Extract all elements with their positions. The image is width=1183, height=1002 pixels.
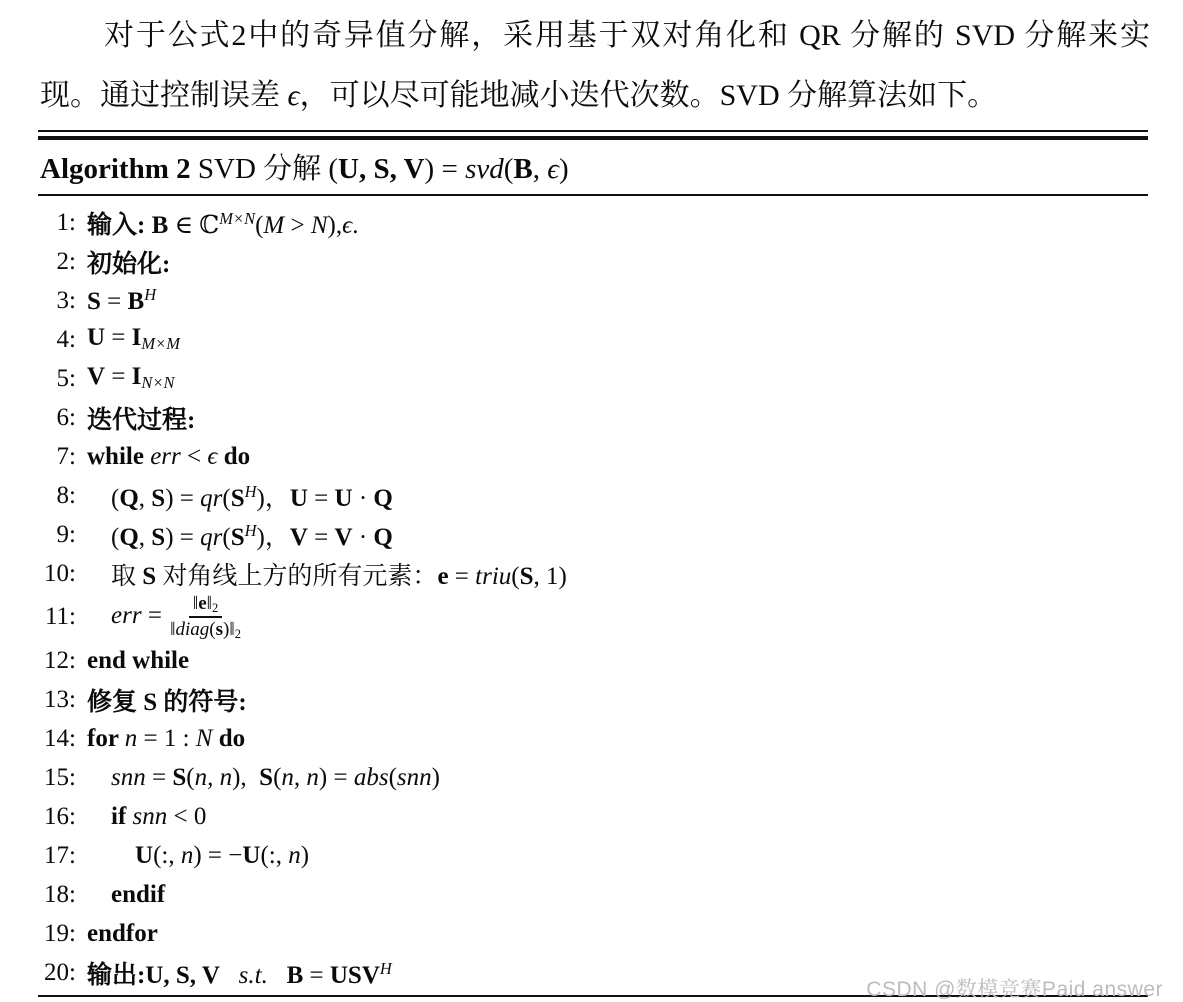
text-segment: ) =	[319, 764, 354, 791]
text-segment: ),	[232, 764, 259, 791]
text-segment: end while	[87, 647, 189, 674]
algorithm-line-13: 13:修复 S 的符号:	[38, 680, 1148, 719]
text-segment: =	[146, 764, 173, 791]
line-content: 初始化:	[87, 244, 170, 280]
line-content: U = IM×M	[87, 324, 180, 354]
text-segment: V	[335, 524, 353, 551]
text-segment: s	[216, 619, 223, 640]
algorithm-line-4: 4:U = IM×M	[38, 320, 1148, 359]
text-segment: if	[111, 803, 133, 830]
line-content: 修复 S 的符号:	[87, 682, 247, 718]
text-segment: n	[181, 842, 194, 869]
text-segment: endfor	[87, 920, 158, 947]
text-segment: triu	[475, 563, 511, 590]
line-content: 迭代过程:	[87, 400, 195, 436]
line-content: (Q, S) = qr(SH)，U = U · Q	[87, 478, 393, 514]
text-segment: ϵ	[288, 79, 300, 112]
line-number: 4:	[38, 326, 76, 354]
text-segment: while	[87, 443, 150, 470]
text-segment: S	[87, 288, 101, 315]
line-number: 19:	[38, 920, 76, 948]
text-segment: n, n	[281, 764, 319, 791]
line-number: 5:	[38, 365, 76, 393]
algorithm-line-17: 17:U(:, n) = −U(:, n)	[38, 836, 1148, 875]
text-segment: 2	[212, 601, 218, 615]
text-segment: ，可以尽可能地减小迭代次数。SVD 分解算法如下。	[300, 79, 998, 112]
text-segment: err	[111, 602, 142, 629]
line-content: S = BH	[87, 285, 156, 316]
text-segment: S	[231, 524, 245, 551]
text-segment: do	[224, 443, 250, 470]
text-segment: ) =	[425, 153, 466, 185]
text-segment: ) =	[165, 524, 200, 551]
watermark-text: CSDN @数模竞赛Paid answer	[866, 973, 1163, 1002]
text-segment: M	[263, 212, 284, 239]
text-segment: H	[245, 520, 257, 539]
text-segment	[220, 962, 239, 989]
text-segment: H	[380, 958, 392, 977]
line-content: (Q, S) = qr(SH)，V = V · Q	[87, 517, 393, 553]
text-segment: =	[308, 485, 335, 512]
line-number: 17:	[38, 842, 76, 870]
text-segment: = 1 :	[137, 725, 196, 752]
algorithm-line-1: 1:输入: B ∈ ℂM×N(M > N),ϵ.	[38, 203, 1148, 242]
line-number: 14:	[38, 725, 76, 753]
text-segment: qr	[200, 485, 222, 512]
algorithm-block: Algorithm 2 SVD 分解 (U, S, V) = svd(B, ϵ)…	[38, 130, 1148, 997]
line-number: 18:	[38, 881, 76, 909]
line-content: for n = 1 : N do	[87, 725, 245, 753]
algorithm-line-7: 7:while err < ϵ do	[38, 437, 1148, 476]
text-segment: snn	[397, 764, 432, 791]
algorithm-line-14: 14:for n = 1 : N do	[38, 719, 1148, 758]
text-segment: ·	[353, 485, 374, 512]
algorithm-title: Algorithm 2 SVD 分解 (U, S, V) = svd(B, ϵ)	[38, 140, 1148, 194]
text-segment: e	[437, 563, 448, 590]
algorithm-line-18: 18:endif	[38, 875, 1148, 914]
line-content: V = IN×N	[87, 363, 175, 393]
line-number: 3:	[38, 287, 76, 315]
algorithm-line-8: 8:(Q, S) = qr(SH)，U = U · Q	[38, 476, 1148, 515]
text-segment: 修复 S 的符号:	[87, 689, 247, 716]
text-segment: ,	[139, 524, 152, 551]
text-segment: U	[335, 485, 353, 512]
line-content: err = ‖e‖2‖diag(s)‖2	[87, 593, 243, 641]
text-segment: .	[352, 212, 358, 239]
algorithm-line-15: 15:snn = S(n, n), S(n, n) = abs(snn)	[38, 758, 1148, 797]
text-segment: )	[559, 153, 569, 185]
text-segment: , 1)	[534, 563, 567, 590]
text-segment: ℂ	[199, 212, 219, 239]
algorithm-line-11: 11:err = ‖e‖2‖diag(s)‖2	[38, 593, 1148, 641]
text-segment: abs	[354, 764, 389, 791]
text-segment: )，	[257, 485, 290, 512]
text-segment: N	[196, 725, 213, 752]
line-number: 15:	[38, 764, 76, 792]
line-number: 6:	[38, 404, 76, 432]
text-segment: )	[432, 764, 440, 791]
text-segment: (:,	[153, 842, 181, 869]
text-segment: svd	[465, 153, 504, 185]
text-segment: snn	[111, 764, 146, 791]
text-segment: diag	[176, 619, 210, 640]
text-segment: e	[198, 593, 206, 614]
text-segment: Algorithm 2	[40, 153, 191, 185]
text-segment: B	[513, 153, 532, 185]
algorithm-line-12: 12:end while	[38, 641, 1148, 680]
text-segment: V	[87, 363, 105, 390]
document-page: 对于公式2中的奇异值分解，采用基于双对角化和 QR 分解的 SVD 分解来实现。…	[0, 6, 1183, 1002]
text-segment: =	[142, 602, 169, 629]
text-segment: ∈	[168, 212, 199, 239]
text-segment: S	[172, 764, 186, 791]
text-segment: (	[511, 563, 519, 590]
text-segment: M×M	[141, 335, 180, 354]
text-segment: endif	[111, 881, 165, 908]
text-segment: =	[449, 563, 476, 590]
text-segment: SVD 分解 (	[191, 153, 338, 185]
text-segment: U	[290, 485, 308, 512]
text-segment: <	[181, 443, 208, 470]
text-segment: ϵ	[547, 153, 559, 185]
text-segment: 2	[235, 627, 241, 641]
text-segment: < 0	[167, 803, 206, 830]
text-segment: 迭代过程:	[87, 407, 195, 434]
text-segment: 取	[111, 563, 142, 590]
text-segment: Q	[373, 524, 392, 551]
line-content: endfor	[87, 920, 158, 948]
text-segment: for	[87, 725, 125, 752]
text-segment: qr	[200, 524, 222, 551]
text-segment: (	[389, 764, 397, 791]
text-segment: S	[231, 485, 245, 512]
line-content: while err < ϵ do	[87, 443, 250, 471]
text-segment: (	[222, 524, 230, 551]
fraction-numerator: ‖e‖2	[189, 593, 222, 618]
text-segment: =	[105, 363, 132, 390]
text-segment: n	[288, 842, 301, 869]
algorithm-line-6: 6:迭代过程:	[38, 398, 1148, 437]
text-segment: Q	[373, 485, 392, 512]
text-segment: N	[311, 212, 328, 239]
text-segment: H	[245, 481, 257, 500]
text-segment: S	[259, 764, 273, 791]
text-segment: V	[290, 524, 308, 551]
text-segment: U, S, V	[338, 153, 425, 185]
text-segment: s.t.	[239, 962, 268, 989]
text-segment: B	[287, 962, 304, 989]
text-segment: I	[132, 324, 142, 351]
line-number: 10:	[38, 560, 76, 588]
line-number: 8:	[38, 482, 76, 510]
algorithm-line-3: 3:S = BH	[38, 281, 1148, 320]
text-segment: ,	[139, 485, 152, 512]
text-segment: ϵ	[207, 443, 217, 470]
fraction: ‖e‖2‖diag(s)‖2	[170, 593, 241, 641]
text-segment: ·	[353, 524, 374, 551]
text-segment: U	[242, 842, 260, 869]
text-segment: H	[144, 285, 156, 304]
line-number: 9:	[38, 521, 76, 549]
text-segment	[268, 962, 287, 989]
text-segment: 输入:	[87, 212, 152, 239]
text-segment: S	[520, 563, 534, 590]
text-segment: U, S, V	[145, 962, 220, 989]
text-segment: ),	[328, 212, 343, 239]
text-segment: M×N	[219, 208, 255, 227]
line-number: 7:	[38, 443, 76, 471]
text-segment: err	[150, 443, 181, 470]
text-segment: ) = −	[193, 842, 242, 869]
text-segment: =	[105, 324, 132, 351]
text-segment: =	[303, 962, 330, 989]
line-content: snn = S(n, n), S(n, n) = abs(snn)	[87, 764, 440, 792]
text-segment: n	[125, 725, 138, 752]
text-segment: ) =	[165, 485, 200, 512]
text-segment: snn	[133, 803, 168, 830]
text-segment: N×N	[141, 374, 174, 393]
text-segment: U	[87, 324, 105, 351]
text-segment: 初始化:	[87, 251, 170, 278]
text-segment: Q	[119, 524, 138, 551]
line-content: U(:, n) = −U(:, n)	[87, 842, 309, 870]
line-content: 取 S 对角线上方的所有元素：e = triu(S, 1)	[87, 556, 567, 592]
algorithm-top-rule	[38, 130, 1148, 140]
algorithm-line-19: 19:endfor	[38, 914, 1148, 953]
text-segment: I	[132, 363, 142, 390]
line-number: 12:	[38, 647, 76, 675]
text-segment: ,	[533, 153, 548, 185]
text-segment: B	[152, 212, 169, 239]
text-segment: do	[219, 725, 245, 752]
text-segment: (	[222, 485, 230, 512]
text-segment: S	[151, 524, 165, 551]
text-segment: n, n	[195, 764, 233, 791]
text-segment: )‖	[223, 619, 235, 640]
text-segment: Q	[119, 485, 138, 512]
text-segment: B	[128, 288, 145, 315]
text-segment: 输出:	[87, 962, 145, 989]
line-content: if snn < 0	[87, 803, 206, 831]
line-number: 2:	[38, 248, 76, 276]
line-number: 13:	[38, 686, 76, 714]
text-segment: 对角线上方的所有元素：	[156, 563, 437, 590]
text-segment: S	[142, 563, 156, 590]
intro-paragraph: 对于公式2中的奇异值分解，采用基于双对角化和 QR 分解的 SVD 分解来实现。…	[40, 6, 1150, 126]
text-segment: )	[301, 842, 309, 869]
algorithm-body: 1:输入: B ∈ ℂM×N(M > N),ϵ.2:初始化:3:S = BH4:…	[38, 196, 1148, 995]
line-content: 输入: B ∈ ℂM×N(M > N),ϵ.	[87, 205, 358, 241]
text-segment: )，	[257, 524, 290, 551]
text-segment: S	[151, 485, 165, 512]
line-content: 输出:U, S, V s.t. B = USVH	[87, 955, 392, 991]
text-segment: USV	[330, 962, 380, 989]
fraction-denominator: ‖diag(s)‖2	[170, 618, 241, 641]
line-content: end while	[87, 647, 189, 675]
algorithm-line-9: 9:(Q, S) = qr(SH)，V = V · Q	[38, 515, 1148, 554]
line-number: 20:	[38, 959, 76, 987]
line-number: 11:	[38, 603, 76, 631]
algorithm-line-16: 16:if snn < 0	[38, 797, 1148, 836]
algorithm-line-5: 5:V = IN×N	[38, 359, 1148, 398]
line-number: 16:	[38, 803, 76, 831]
text-segment: U	[135, 842, 153, 869]
line-number: 1:	[38, 209, 76, 237]
text-segment: (:,	[260, 842, 288, 869]
algorithm-line-2: 2:初始化:	[38, 242, 1148, 281]
algorithm-line-10: 10:取 S 对角线上方的所有元素：e = triu(S, 1)	[38, 554, 1148, 593]
text-segment: =	[308, 524, 335, 551]
text-segment: (	[186, 764, 194, 791]
text-segment: (	[504, 153, 514, 185]
text-segment: =	[101, 288, 128, 315]
text-segment: >	[284, 212, 311, 239]
line-content: endif	[87, 881, 165, 909]
text-segment: ϵ	[342, 212, 352, 239]
